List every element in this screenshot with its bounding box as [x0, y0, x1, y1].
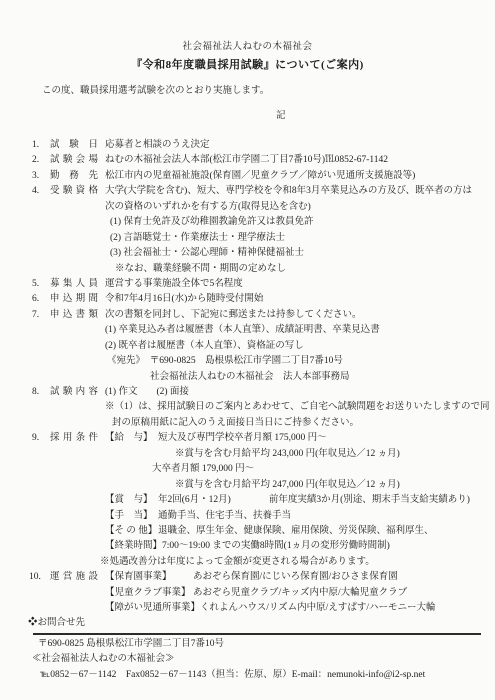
- eligibility-note: ※なお、職業経験不問・期間の定めなし: [115, 262, 495, 277]
- item-exam-content: 8. 試験内容 (1) 作文 (2) 面接: [0, 385, 495, 400]
- item-number: 2.: [32, 153, 39, 168]
- salary-university: 大卒者月額 179,000 円〜: [152, 462, 495, 477]
- nursery-row: 【保育園事業】あおぞら保育園/にじいろ保育園/おひさま保育園: [105, 570, 495, 585]
- salary-bracket-label: 【給 与】: [105, 431, 158, 446]
- item-number: 5.: [32, 277, 39, 292]
- disability-bracket-label: 【障がい児通所事業】: [105, 601, 200, 616]
- item-number: 8.: [32, 385, 39, 400]
- item-openings: 5. 募集人員 運営する事業施設全体で5名程度: [0, 277, 495, 292]
- item-label: 試 験 日: [50, 138, 98, 153]
- item-application-documents: 7. 申込書類 次の書類を同封し、下記宛に郵送または持参してください。: [0, 308, 495, 323]
- item-workplace: 3. 勤 務 先 松江市内の児童福祉施設(保育園／児童クラブ／障がい児通所支援施…: [0, 169, 495, 184]
- item-number: 10.: [29, 570, 41, 585]
- salary-row: 【給 与】短大及び専門学校卒者月額 175,000 円〜: [105, 431, 495, 446]
- item-text: 大学(大学院を含む)、短大、専門学校を令和8年3月卒業見込みの方及び、既卒者の方…: [105, 184, 495, 199]
- disability-daycare-row: 【障がい児通所事業】くれよんハウス/リズム内中原/えすぱす/ハーモニー大輪: [105, 601, 495, 616]
- contact-postal-address: 〒690-0825 島根県松江市学園二丁目7番10号: [38, 637, 495, 653]
- other-benefits-text: 退職金、厚生年金、健康保険、雇用保険、労災保険、福利厚生、: [158, 524, 434, 539]
- club-facilities-text: あおぞら児童クラブ/キッズ内中原/大輪児童クラブ: [193, 586, 407, 601]
- item-text: ねむの木福祉会法人本部(松江市学園二丁目7番10号)℡0852-67-1142: [105, 153, 495, 168]
- eligibility-qualification-1: (1) 保育士免許及び幼稚園教諭免許又は教員免許: [110, 215, 495, 230]
- conditions-note: ※処遇改善分は年度によって金額が変更される場合があります。: [100, 555, 495, 570]
- eligibility-continuation: 次の資格のいずれかを有する方(取得見込を含む): [105, 200, 495, 215]
- salary-text: 短大及び専門学校卒者月額 175,000 円〜: [158, 431, 327, 446]
- exam-content-note-line2: 封の原稿用紙に記入のうえ面接日当日にご持参ください。: [112, 416, 495, 431]
- item-text: 次の書類を同封し、下記宛に郵送または持参してください。: [105, 308, 495, 323]
- item-employment-conditions: 9. 採用条件 【給 与】短大及び専門学校卒者月額 175,000 円〜: [0, 431, 495, 446]
- working-hours-row: 【終業時間】7:00〜19:00 までの実働8時間(1ヵ月の変形労働時間制): [105, 539, 495, 554]
- salary-note-university: ※賞与を含む月給平均 247,000 円(年収見込／12 ヵ月): [175, 478, 495, 493]
- documents-required-1: (1) 卒業見込み者は履歴書（本人直筆）、成績証明書、卒業見込書: [105, 323, 495, 338]
- organization-name: 社会福祉法人ねむの木福祉会: [0, 38, 495, 52]
- document-title: 『令和8年度職員採用試験』について(ご案内): [0, 56, 495, 72]
- item-label: 運営施設: [50, 570, 98, 585]
- item-text: 松江市内の児童福祉施設(保育園／児童クラブ／障がい児通所支援施設等): [105, 169, 495, 184]
- documents-required-2: (2) 既卒者は履歴書（本人直筆）、資格証の写し: [105, 339, 495, 354]
- contact-tel-fax-email: ℡0852－67－1142 Fax0852－67－1143（担当：佐原、原）E-…: [40, 668, 495, 684]
- item-operated-facilities: 10. 運営施設 【保育園事業】あおぞら保育園/にじいろ保育園/おひさま保育園: [0, 570, 495, 585]
- allowance-row: 【手 当】通勤手当、住宅手当、扶養手当: [105, 509, 495, 524]
- allowance-bracket-label: 【手 当】: [105, 509, 158, 524]
- eligibility-qualification-2: (2) 言語聴覚士・作業療法士・理学療法士: [110, 231, 495, 246]
- bonus-row: 【賞 与】年2回(6月・12月) 前年度実績3か月(別途、期末手当支給実績あり): [105, 493, 495, 508]
- hours-bracket-label: 【終業時間】: [105, 539, 162, 554]
- item-list: 1. 試 験 日 応募者と相談のうえ決定 2. 試験会場 ねむの木福祉会法人本部…: [0, 138, 495, 617]
- nursery-bracket-label: 【保育園事業】: [105, 570, 193, 585]
- eligibility-qualification-3: (3) 社会福祉士・公認心理師・精神保健福祉士: [110, 246, 495, 261]
- item-number: 6.: [32, 292, 39, 307]
- club-bracket-label: 【児童クラブ事業】: [105, 586, 193, 601]
- bonus-text: 年2回(6月・12月) 前年度実績3か月(別途、期末手当支給実績あり): [158, 493, 470, 508]
- horizontal-rule: [33, 633, 481, 635]
- item-application-period: 6. 申込期間 令和7年4月16日(水)から随時受付開始: [0, 292, 495, 307]
- mailing-address: 《宛先》 〒690-0825 島根県松江市学園二丁目7番10号: [107, 354, 495, 369]
- item-label: 採用条件: [50, 431, 98, 446]
- item-exam-date: 1. 試 験 日 応募者と相談のうえ決定: [0, 138, 495, 153]
- other-bracket-label: 【そ の 他】: [105, 524, 158, 539]
- item-number: 1.: [32, 138, 39, 153]
- mailing-address-recipient: 社会福祉法人ねむの木福祉会 法人本部事務局: [150, 370, 495, 385]
- contact-organization: ≪社会福祉法人ねむの木福祉会≫: [32, 652, 495, 668]
- item-label: 受験資格: [50, 184, 98, 199]
- item-number: 3.: [32, 169, 39, 184]
- allowance-text: 通勤手当、住宅手当、扶養手当: [158, 509, 291, 524]
- disability-facilities-text: くれよんハウス/リズム内中原/えすぱす/ハーモニー大輪: [200, 601, 435, 616]
- item-text: 応募者と相談のうえ決定: [105, 138, 495, 153]
- nursery-facilities-text: あおぞら保育園/にじいろ保育園/おひさま保育園: [193, 570, 398, 585]
- item-label: 申込期間: [50, 292, 98, 307]
- item-text: 令和7年4月16日(水)から随時受付開始: [105, 292, 495, 307]
- contact-heading: ❖お問合せ先: [28, 616, 495, 632]
- intro-sentence: この度、職員採用選考試験を次のとおり実施します。: [42, 82, 269, 96]
- item-text: (1) 作文 (2) 面接: [105, 385, 495, 400]
- item-label: 勤 務 先: [50, 169, 98, 184]
- bonus-bracket-label: 【賞 与】: [105, 493, 158, 508]
- item-label: 試験会場: [50, 153, 98, 168]
- item-venue: 2. 試験会場 ねむの木福祉会法人本部(松江市学園二丁目7番10号)℡0852-…: [0, 153, 495, 168]
- item-number: 7.: [32, 308, 39, 323]
- item-eligibility: 4. 受験資格 大学(大学院を含む)、短大、専門学校を令和8年3月卒業見込みの方…: [0, 184, 495, 199]
- item-number: 9.: [32, 431, 39, 446]
- childcare-club-row: 【児童クラブ事業】あおぞら児童クラブ/キッズ内中原/大輪児童クラブ: [105, 586, 495, 601]
- contact-section: ❖お問合せ先 〒690-0825 島根県松江市学園二丁目7番10号 ≪社会福祉法…: [0, 616, 495, 683]
- exam-content-note-line1: ※（1）は、採用試験日のご案内とあわせて、ご自宅へ試験問題をお送りいたしますので…: [105, 400, 495, 415]
- salary-note-junior-college: ※賞与を含む月給平均 243,000 円(年収見込／12 ヵ月): [175, 447, 495, 462]
- other-benefits-row: 【そ の 他】退職金、厚生年金、健康保険、雇用保険、労災保険、福利厚生、: [105, 524, 495, 539]
- item-label: 試験内容: [50, 385, 98, 400]
- record-mark: 記: [276, 107, 286, 121]
- item-text: 運営する事業施設全体で5名程度: [105, 277, 495, 292]
- item-label: 募集人員: [50, 277, 98, 292]
- scanned-recruitment-notice: 社会福祉法人ねむの木福祉会 『令和8年度職員採用試験』について(ご案内) この度…: [0, 0, 495, 700]
- item-label: 申込書類: [50, 308, 98, 323]
- item-number: 4.: [32, 184, 39, 199]
- working-hours-text: 7:00〜19:00 までの実働8時間(1ヵ月の変形労働時間制): [162, 539, 390, 554]
